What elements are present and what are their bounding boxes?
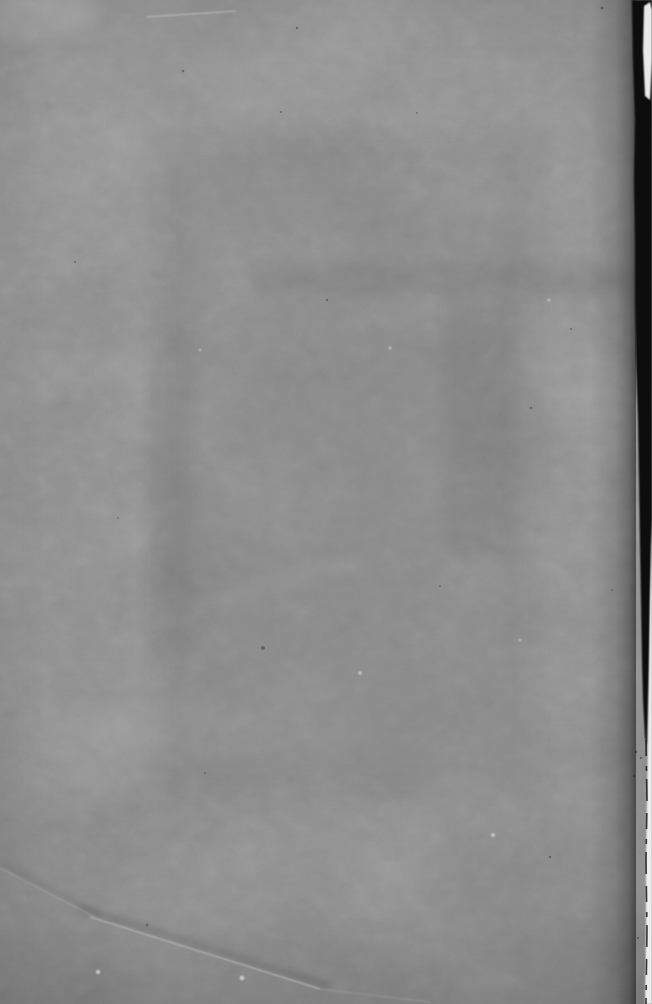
speck	[640, 757, 642, 759]
speck	[519, 639, 522, 642]
speck	[491, 833, 495, 837]
speck	[240, 976, 245, 981]
scanned-blank-page	[0, 0, 652, 1004]
speck	[296, 27, 298, 29]
speck	[199, 349, 201, 351]
speck	[96, 970, 100, 974]
speck	[530, 407, 532, 409]
speck	[548, 299, 551, 302]
speck	[326, 299, 328, 301]
speck	[439, 585, 441, 587]
speck	[637, 937, 639, 939]
speck	[182, 70, 185, 73]
speck	[204, 772, 206, 774]
ghost-smudge-right	[444, 300, 514, 560]
speck	[389, 347, 392, 350]
speck	[74, 261, 76, 263]
speck	[261, 646, 265, 650]
ghost-band-horizontal	[250, 263, 640, 293]
speck	[358, 671, 361, 674]
speck	[280, 111, 282, 113]
gutter-shadow	[590, 0, 636, 1004]
page-edge-hairline	[646, 740, 647, 1004]
page-scan-canvas	[0, 0, 652, 1004]
speck	[117, 517, 119, 519]
speck	[146, 924, 149, 927]
speck	[549, 856, 551, 858]
speck	[416, 112, 418, 114]
speck	[570, 328, 572, 330]
